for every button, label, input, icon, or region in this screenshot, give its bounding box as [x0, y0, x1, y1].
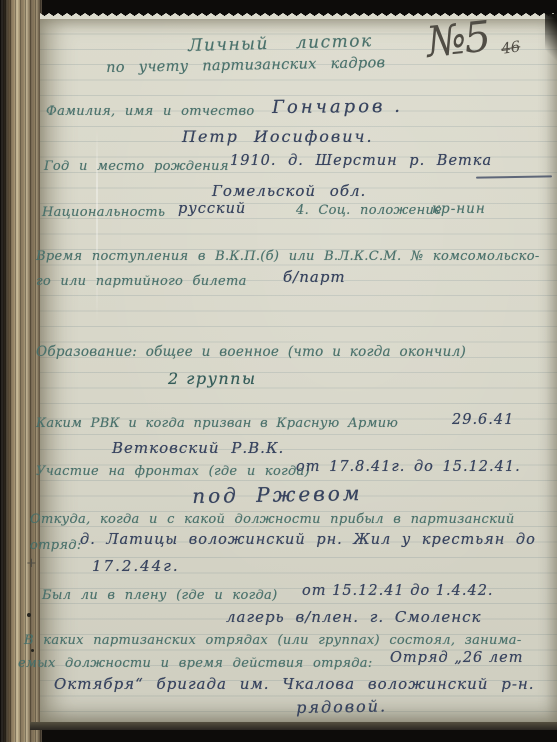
field-arrival-label-line2: отряд:: [30, 538, 82, 553]
scanned-document-page: №5 46 Личный листок по учету партизански…: [0, 0, 557, 742]
field-arrival-date-value: 17.2.44г.: [92, 557, 180, 575]
field-birth-value: 1910. д. Шерстин р. Ветка: [230, 153, 492, 169]
field-unit-name-value-line2: Октября“ бригада им. Чкалова воложинский…: [54, 675, 535, 693]
field-social-label: 4. Соц. положение: [296, 203, 442, 218]
field-fronts-dates-value: от 17.8.41г. до 15.12.41.: [296, 459, 521, 475]
field-fronts-place-value: под Ржевом: [192, 481, 363, 508]
field-party-label-line1: Время поступления в В.К.П.(б) или В.Л.К.…: [36, 249, 540, 264]
field-education-label: Образование: общее и военное (что и когд…: [36, 344, 466, 360]
field-unit-name-value-line1: Отряд „26 лет: [390, 650, 523, 666]
field-fronts-label: Участие на фронтах (где и когда): [36, 464, 310, 479]
book-binding-edge: [0, 0, 42, 742]
page-number-pencil: №5: [424, 11, 491, 66]
field-draft-label: Каким РВК и когда призван в Красную Арми…: [36, 416, 398, 431]
crossed-out-number: 46: [500, 37, 521, 57]
field-rank-value: рядовой.: [296, 696, 387, 717]
paper-crease: [96, 128, 98, 323]
field-party-label-line2: го или партийного билета: [36, 274, 247, 289]
ink-speck: [31, 649, 34, 652]
ink-speck: [27, 613, 31, 617]
field-nationality-value: русский: [178, 201, 246, 217]
field-birth-label: Год и место рождения: [44, 159, 229, 174]
field-draft-rvk-value: Ветковский Р.В.К.: [112, 439, 284, 457]
field-captivity-place-value: лагерь в/плен. г. Смоленск: [226, 608, 482, 626]
field-arrival-label-line1: Откуда, когда и с какой должности прибыл…: [30, 512, 515, 527]
table-edge-shadow: [30, 722, 557, 730]
field-draft-date-value: 29.6.41: [452, 412, 514, 428]
corner-shadow: [545, 14, 557, 66]
field-birth-region-value: Гомельской обл.: [212, 182, 366, 200]
field-education-value: 2 группы: [168, 369, 257, 388]
field-nationality-label: Национальность: [42, 205, 165, 220]
field-social-value: кр-нин: [432, 201, 486, 217]
field-patronymic-value: Петр Иосифович.: [182, 127, 374, 146]
field-party-value: б/парт: [283, 268, 346, 286]
field-units-label-line1: В каких партизанских отрядах (или группа…: [24, 633, 522, 648]
field-captivity-dates-value: от 15.12.41 до 1.4.42.: [302, 583, 494, 599]
field-units-label-line2: емых должности и время действия отряда:: [18, 656, 373, 671]
field-fullname-label: Фамилия, имя и отчество: [46, 104, 254, 119]
field-arrival-value: д. Латицы воложинский рн. Жил у крестьян…: [80, 532, 536, 548]
margin-plus-mark: +: [26, 556, 37, 571]
field-captivity-label: Был ли в плену (где и когда): [42, 588, 277, 603]
field-fullname-value: Гончаров .: [272, 96, 403, 118]
